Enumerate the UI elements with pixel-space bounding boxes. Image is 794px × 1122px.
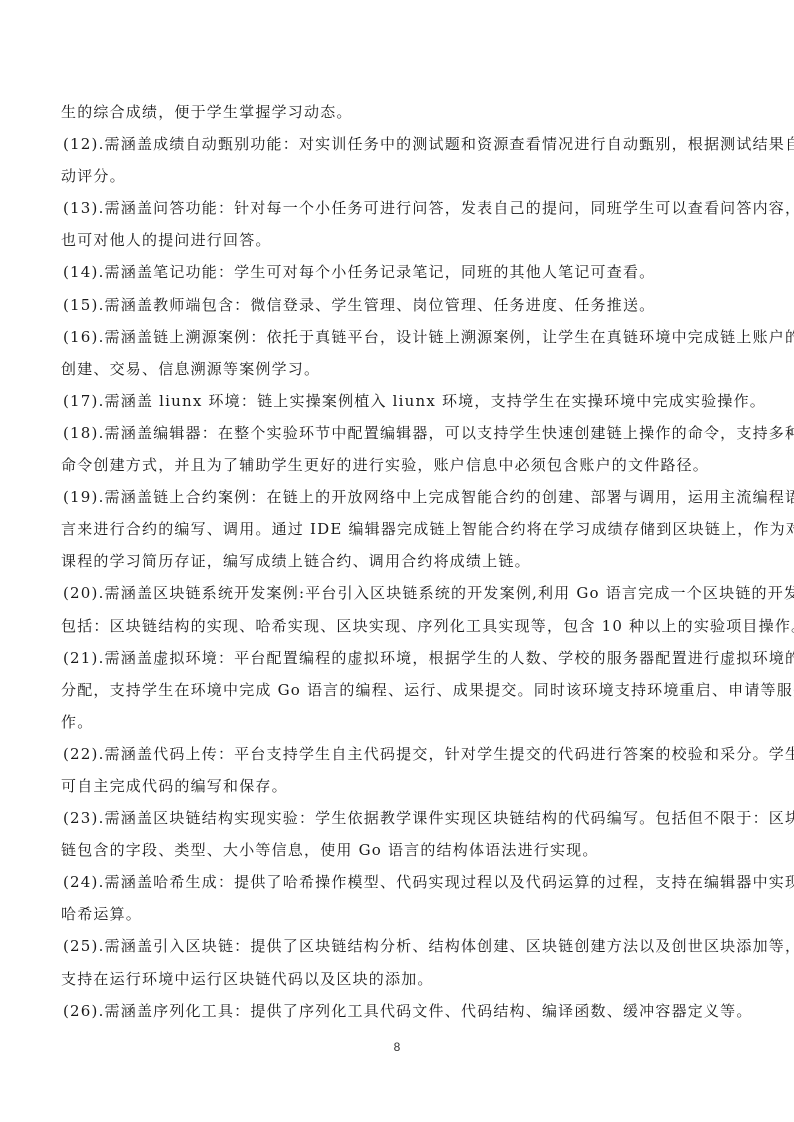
paragraph-26: (26).需涵盖序列化工具：提供了序列化工具代码文件、代码结构、编译函数、缓冲容… (61, 999, 741, 1031)
paragraph-21-continuation: 作。 (61, 710, 741, 742)
paragraph-13: (13).需涵盖问答功能：针对每一个小任务可进行问答，发表自己的提问，同班学生可… (61, 196, 741, 228)
paragraph-16: (16).需涵盖链上溯源案例：依托于真链平台，设计链上溯源案例，让学生在真链环境… (61, 325, 741, 357)
paragraph-25-continuation: 支持在运行环境中运行区块链代码以及区块的添加。 (61, 967, 741, 999)
paragraph-23-continuation: 链包含的字段、类型、大小等信息，使用 Go 语言的结构体语法进行实现。 (61, 838, 741, 870)
paragraph-12-continuation: 动评分。 (61, 164, 741, 196)
paragraph-19-continuation: 课程的学习简历存证，编写成绩上链合约、调用合约将成绩上链。 (61, 549, 741, 581)
paragraph-12: (12).需涵盖成绩自动甄别功能：对实训任务中的测试题和资源查看情况进行自动甄别… (61, 132, 741, 164)
paragraph-22: (22).需涵盖代码上传：平台支持学生自主代码提交，针对学生提交的代码进行答案的… (61, 742, 741, 774)
page-number: 8 (0, 1040, 794, 1054)
document-page: 生的综合成绩，便于学生掌握学习动态。(12).需涵盖成绩自动甄别功能：对实训任务… (0, 0, 794, 1122)
paragraph-23: (23).需涵盖区块链结构实现实验：学生依据教学课件实现区块链结构的代码编写。包… (61, 806, 741, 838)
paragraph-25: (25).需涵盖引入区块链：提供了区块链结构分析、结构体创建、区块链创建方法以及… (61, 934, 741, 966)
paragraph-cont: 生的综合成绩，便于学生掌握学习动态。 (61, 100, 741, 132)
paragraph-13-continuation: 也可对他人的提问进行回答。 (61, 228, 741, 260)
paragraph-20: (20).需涵盖区块链系统开发案例:平台引入区块链系统的开发案例,利用 Go 语… (61, 581, 741, 613)
paragraph-22-continuation: 可自主完成代码的编写和保存。 (61, 774, 741, 806)
document-body: 生的综合成绩，便于学生掌握学习动态。(12).需涵盖成绩自动甄别功能：对实训任务… (61, 100, 741, 1031)
paragraph-18-continuation: 命令创建方式，并且为了辅助学生更好的进行实验，账户信息中必须包含账户的文件路径。 (61, 453, 741, 485)
paragraph-17: (17).需涵盖 liunx 环境：链上实操案例植入 liunx 环境，支持学生… (61, 389, 741, 421)
paragraph-20-continuation: 包括：区块链结构的实现、哈希实现、区块实现、序列化工具实现等，包含 10 种以上… (61, 614, 741, 646)
paragraph-18: (18).需涵盖编辑器：在整个实验环节中配置编辑器，可以支持学生快速创建链上操作… (61, 421, 741, 453)
paragraph-21-continuation: 分配，支持学生在环境中完成 Go 语言的编程、运行、成果提交。同时该环境支持环境… (61, 678, 741, 710)
paragraph-24-continuation: 哈希运算。 (61, 902, 741, 934)
paragraph-15: (15).需涵盖教师端包含：微信登录、学生管理、岗位管理、任务进度、任务推送。 (61, 293, 741, 325)
paragraph-14: (14).需涵盖笔记功能：学生可对每个小任务记录笔记，同班的其他人笔记可查看。 (61, 260, 741, 292)
paragraph-16-continuation: 创建、交易、信息溯源等案例学习。 (61, 357, 741, 389)
paragraph-19-continuation: 言来进行合约的编写、调用。通过 IDE 编辑器完成链上智能合约将在学习成绩存储到… (61, 517, 741, 549)
paragraph-21: (21).需涵盖虚拟环境：平台配置编程的虚拟环境，根据学生的人数、学校的服务器配… (61, 646, 741, 678)
paragraph-19: (19).需涵盖链上合约案例：在链上的开放网络中上完成智能合约的创建、部署与调用… (61, 485, 741, 517)
paragraph-24: (24).需涵盖哈希生成：提供了哈希操作模型、代码实现过程以及代码运算的过程，支… (61, 870, 741, 902)
